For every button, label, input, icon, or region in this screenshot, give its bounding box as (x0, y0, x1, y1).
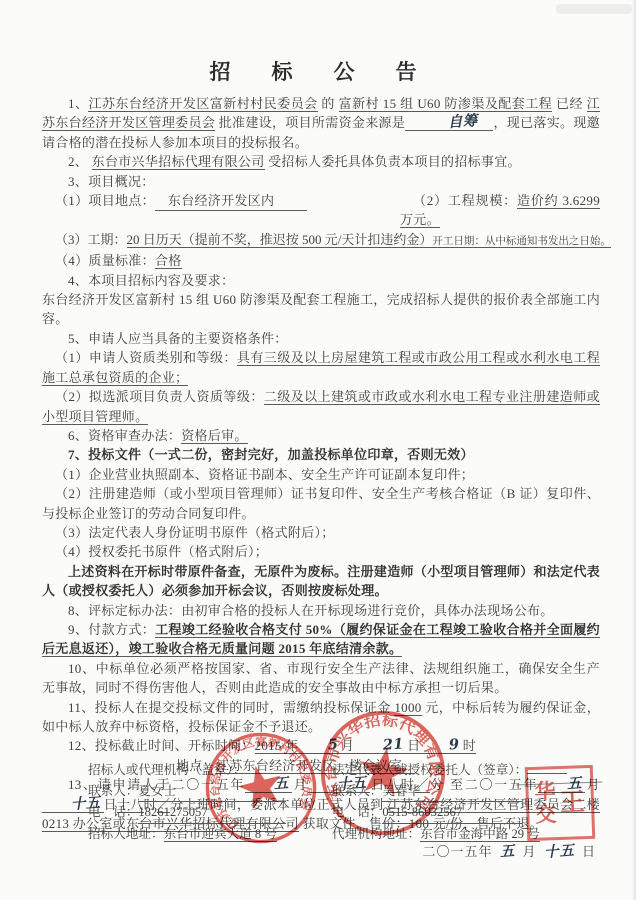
text: （2）注册建造师（或小型项目管理师）证书复印件、安全生产考核合格证（B 证）复印… (42, 486, 600, 520)
text: 6、资格审查办法： (68, 428, 181, 443)
project-location: （1）项目地点：东台经济开发区内 (42, 191, 400, 230)
paragraph-1: 1、江苏东台经济开发区富新村村民委员会 的 富新村 15 组 U60 防渗渠及配… (42, 94, 600, 152)
text: 日 (582, 844, 596, 859)
label: 联系人： (88, 784, 138, 798)
text: 4、本项目招标内容及要求： (68, 273, 234, 288)
text: 5、申请人应当具备的主要资格条件： (68, 331, 288, 346)
paragraph-5: （3）工期：20 日历天（提前不奖，推迟按 500 元/天计扣违约金）开工日期：… (42, 230, 600, 251)
personal-name-seal: 华 交 王 (525, 765, 596, 841)
text: 月 (341, 738, 354, 753)
text: 9、付款方式： (68, 622, 155, 637)
text: 3、项目概况： (68, 174, 155, 189)
underlined-text: 江苏东台经济开发区富新村村民委员会 (88, 96, 317, 112)
text: 1、 (68, 96, 88, 111)
paragraph-20: 9、付款方式：工程竣工经验收合格支付 50%（履约保证金在工程竣工验收合格并全面… (42, 620, 600, 659)
paragraph-15: （2）注册建造师（或小型项目管理师）证书复印件、安全生产考核合格证（B 证）复印… (42, 484, 600, 523)
paragraph-14: （1）企业营业执照副本、资格证书副本、安全生产许可证副本复印件； (42, 465, 600, 484)
seal-character: 交 (535, 803, 557, 827)
paragraph-3: 3、项目概况： (42, 172, 600, 191)
seal-left-column: 华 交 (534, 780, 557, 827)
paragraph-13: 7、投标文件（一式二份，密封完好，加盖投标单位印章，否则无效） (42, 445, 600, 464)
scan-edge-artifact (632, 0, 636, 900)
contact-name: 吴春华 (382, 781, 522, 803)
label: 电 话： (88, 805, 138, 819)
label: 法定代表人或授权委托人（签章）： (332, 763, 527, 777)
paragraph-11: （2）拟选派项目负责人资质等级：二级及以上建筑或市政或水利水电工程专业注册建造师… (42, 387, 600, 426)
label: 代理机构地址： (332, 827, 420, 841)
seal-character: 华 (534, 780, 556, 804)
label: 电 话： (332, 805, 382, 819)
handwritten-text: 5 (298, 739, 341, 754)
handwritten-text: 十五 (540, 845, 578, 860)
text: （4）授权委托书原件（格式附后）； (55, 544, 268, 559)
paragraph-10: （1）申请人资质类别和等级：具有三级及以上房屋建筑工程或市政公用工程或水利水电工… (42, 348, 600, 387)
text: 批准建设，项目所需资金来源是 (215, 115, 405, 130)
text: （2）工程规模： (413, 193, 517, 208)
phone-number: 0515-86032567 (382, 802, 522, 824)
phone-number: 18261275057 (138, 802, 286, 824)
handwritten-text: 9 (420, 739, 463, 754)
text: 10、中标单位必须严格按国家、省、市现行安全生产法律、法规组织施工，确保安全生产… (42, 661, 600, 695)
tenderer-address-line: 招标人地址：东台市迎宾大道 8 号 (88, 824, 332, 845)
text: 已经 (552, 96, 586, 111)
paragraph-22: 11、投标人在提交投标文件的同时，需缴纳投标保证金 1000 元，中标后转为履约… (42, 698, 600, 737)
paragraph-7: 4、本项目招标内容及要求： (42, 271, 600, 290)
text: （3）法定代表人身份证明书原件（格式附后）； (55, 525, 335, 540)
text: （3）工期： (55, 232, 127, 247)
paragraph-8: 东台经济开发区富新村 15 组 U60 防渗渠及配套工程施工，完成招标人提供的报… (42, 290, 600, 329)
underlined-text: 20 日历天（提前不奖，推迟按 500 元/天计扣违约金） (127, 232, 433, 248)
paragraph-12: 6、资格审查办法：资格后审。 (42, 426, 600, 445)
text: 2015 年 (255, 738, 299, 753)
underlined-text: 东台市兴华招标代理有限公司 (92, 154, 265, 170)
text: 二〇一五年 (422, 844, 492, 859)
underlined-text: 合格 (155, 253, 182, 269)
seal-right-column: 王 (560, 791, 586, 815)
text: （1）项目地点： (55, 193, 155, 208)
text: 2、 (68, 154, 92, 169)
tenderer-contact-column: 招标人或代理机构（盖章）： 联系人：夏女士 电 话：18261275057 招标… (88, 760, 332, 844)
text: 上述资料在开标时带原件备查，无原件为废标。注册建造师（小型项目管理师）和法定代表… (42, 564, 600, 598)
paragraph-4: （1）项目地点：东台经济开发区内（2）工程规模：造价约 3.6299 万元。 (42, 191, 600, 230)
document-body: 1、江苏东台经济开发区富新村村民委员会 的 富新村 15 组 U60 防渗渠及配… (42, 94, 600, 833)
tenderer-phone-line: 电 话：18261275057 (88, 802, 332, 824)
text: 8、评标定标办法：由初审合格的投标人在开标现场进行竞价，具体办法现场公布。 (68, 603, 554, 618)
paragraph-19: 8、评标定标办法：由初审合格的投标人在开标现场进行竞价，具体办法现场公布。 (42, 601, 600, 620)
handwritten-text: 五 (496, 845, 518, 858)
label: 招标人地址： (88, 827, 164, 841)
handwritten-underlined: 2015 年5月21日9时 (255, 738, 477, 754)
tender-announcement-document: 招 标 公 告 1、江苏东台经济开发区富新村村民委员会 的 富新村 15 组 U… (0, 0, 636, 900)
text: 12、投标截止时间、开标时间： (68, 738, 255, 753)
text: 月 (522, 844, 536, 859)
paragraph-6: （4）质量标准：合格 (42, 251, 600, 270)
text: （1）申请人资质类别和等级： (55, 350, 237, 365)
text: 11、投标人在提交投标文件的同时，需缴纳投标保证金 (68, 700, 394, 715)
address: 东台市迎宾大道 8 号 (164, 827, 277, 842)
underlined-text: 富新村 15 组 U60 防渗渠及配套工程 (339, 96, 553, 112)
seal-character: 王 (560, 791, 586, 815)
text: 时 (463, 738, 476, 753)
text: （1）企业营业执照副本、资格证书副本、安全生产许可证副本复印件； (55, 467, 474, 482)
text: 受招标人委托具体负责本项目的招标事宜。 (265, 154, 521, 169)
document-title: 招 标 公 告 (0, 56, 636, 86)
paragraph-9: 5、申请人应当具备的主要资格条件： (42, 329, 600, 348)
blank-underline (245, 773, 297, 774)
paragraph-2: 2、 东台市兴华招标代理有限公司 受招标人委托具体负责本项目的招标事宜。 (42, 152, 600, 171)
paragraph-16: （3）法定代表人身份证明书原件（格式附后）； (42, 523, 600, 542)
underlined-text: 东台经济开发区内 (155, 191, 307, 211)
document-date: 二〇一五年 五 月 十五 日 (422, 841, 596, 860)
paragraph-17: （4）授权委托书原件（格式附后）； (42, 542, 600, 561)
handwritten-underlined: 自筹 (405, 115, 493, 131)
label: 招标人或代理机构（盖章）： (88, 763, 245, 777)
paragraph-21: 10、中标单位必须严格按国家、省、市现行安全生产法律、法规组织施工，确保安全生产… (42, 659, 600, 698)
text: （4）质量标准： (55, 253, 155, 268)
tenderer-seal-line: 招标人或代理机构（盖章）： (88, 760, 332, 781)
project-scale: （2）工程规模：造价约 3.6299 万元。 (400, 191, 600, 230)
text: 日 (407, 738, 420, 753)
underlined-text: 资格后审。 (181, 428, 248, 444)
text: 7、投标文件（一式二份，密封完好，加盖投标单位印章，否则无效） (68, 447, 474, 462)
contact-name: 夏女士 (138, 781, 286, 803)
paragraph-23: 12、投标截止时间、开标时间：2015 年5月21日9时 (42, 736, 600, 755)
underlined-small-text: 开工日期：从中标通知书发出之日始。 (432, 236, 611, 248)
paragraph-18: 上述资料在开标时带原件备查，无原件为废标。注册建造师（小型项目管理师）和法定代表… (42, 562, 600, 601)
text: 东台经济开发区富新村 15 组 U60 防渗渠及配套工程施工，完成招标人提供的报… (42, 292, 600, 326)
text: 的 (318, 96, 339, 111)
underlined-text: 1000 (394, 700, 421, 716)
tenderer-contact-line: 联系人：夏女士 (88, 781, 332, 803)
label: 联系人： (332, 784, 382, 798)
handwritten-text: 21 (354, 739, 407, 755)
address: 东台市金海中路 29 号 (420, 827, 540, 842)
scan-smudge-artifact (556, 4, 632, 14)
handwritten-text: 自筹 (418, 115, 480, 131)
text: （2）拟选派项目负责人资质等级： (55, 389, 264, 404)
